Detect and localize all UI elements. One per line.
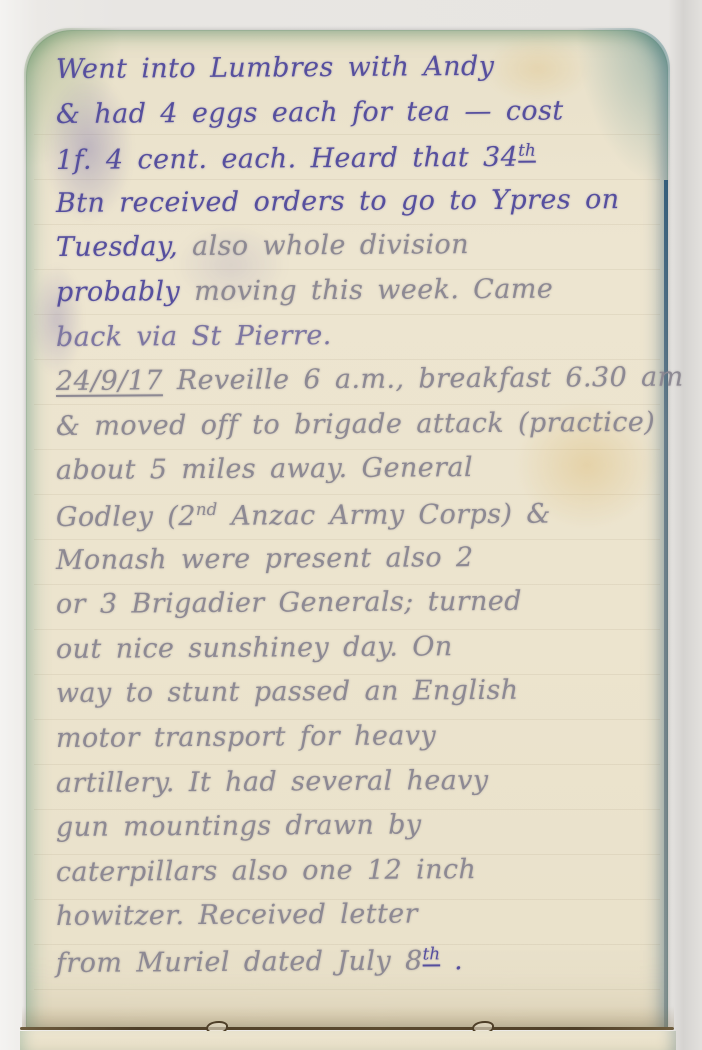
handwriting-segment: also whole division — [178, 229, 469, 262]
handwriting-segment: howitzer. Received letter — [56, 899, 418, 933]
binding-shadow — [22, 1006, 674, 1027]
handwritten-line: about 5 miles away. General — [56, 451, 658, 500]
handwriting-segment: Btn received orders to go to Ypres on — [56, 184, 620, 219]
handwritten-line: & had 4 eggs each for tea — cost — [56, 94, 658, 143]
handwriting-segment: nd — [196, 499, 218, 519]
handwritten-line: probably moving this week. Came — [56, 273, 658, 322]
handwriting-segment: 1f. 4 cent. each. Heard that 34 — [56, 142, 519, 176]
handwritten-line: 24/9/17 Reveille 6 a.m., breakfast 6.30 … — [56, 362, 658, 411]
handwriting-segment: Reveille 6 a.m., breakfast 6.30 am — [163, 362, 684, 397]
page-fore-edge — [664, 180, 668, 1028]
handwritten-line: Went into Lumbres with Andy — [56, 50, 658, 99]
handwriting-segment: 24/9/17 — [56, 365, 163, 397]
handwriting-segment: gun mountings drawn by — [56, 810, 422, 844]
handwriting-segment: way to stunt passed an English — [56, 675, 519, 709]
notebook-page: Went into Lumbres with Andy& had 4 eggs … — [26, 30, 668, 1028]
handwriting-segment: or 3 Brigadier Generals; turned — [56, 586, 522, 620]
photographed-diary-scene: Went into Lumbres with Andy& had 4 eggs … — [0, 0, 702, 1050]
handwritten-line: out nice sunshiney day. On — [56, 630, 658, 679]
handwriting-segment: out nice sunshiney day. On — [56, 631, 453, 665]
handwritten-line: artillery. It had several heavy — [56, 763, 658, 812]
page-binding-seam — [20, 1027, 674, 1030]
handwriting-segment: motor transport for heavy — [56, 720, 436, 754]
handwriting-segment: moving this week. Came — [180, 273, 553, 307]
handwriting-segment: th — [422, 943, 440, 963]
handwritten-line: Monash were present also 2 — [56, 540, 658, 589]
handwritten-line: from Muriel dated July 8th . — [56, 942, 658, 991]
handwritten-line: 1f. 4 cent. each. Heard that 34th — [56, 139, 658, 188]
handwriting-lines: Went into Lumbres with Andy& had 4 eggs … — [56, 54, 658, 990]
handwriting-segment: probably — [56, 276, 180, 308]
handwritten-line: Godley (2nd Anzac Army Corps) & — [56, 496, 658, 545]
handwriting-segment: Tuesday, — [56, 232, 178, 264]
handwritten-line: way to stunt passed an English — [56, 674, 658, 723]
handwritten-line: gun mountings drawn by — [56, 808, 658, 857]
handwriting-segment: artillery. It had several heavy — [56, 764, 489, 798]
handwriting-segment: from Muriel dated July 8 — [56, 945, 423, 979]
handwritten-line: back via St Pierre. — [56, 317, 658, 366]
handwritten-line: or 3 Brigadier Generals; turned — [56, 585, 658, 634]
next-page-edge — [20, 1031, 676, 1050]
handwriting-segment: Anzac Army Corps) & — [217, 498, 551, 531]
handwriting-segment: about 5 miles away. General — [56, 452, 473, 486]
handwriting-segment: & moved off to brigade attack (practice) — [56, 407, 655, 442]
handwritten-line: howitzer. Received letter — [56, 897, 658, 946]
handwritten-line: Btn received orders to go to Ypres on — [56, 184, 658, 233]
handwriting-segment: Godley (2 — [56, 501, 196, 533]
handwriting-segment: . — [440, 945, 463, 976]
handwritten-line: Tuesday, also whole division — [56, 228, 658, 277]
handwriting-segment: back via St Pierre. — [56, 320, 332, 353]
handwriting-segment: Monash were present also 2 — [56, 542, 474, 576]
handwritten-line: & moved off to brigade attack (practice) — [56, 407, 658, 456]
handwriting-segment: & had 4 eggs each for tea — cost — [56, 95, 564, 130]
handwriting-segment: th — [518, 140, 536, 160]
handwriting-segment: caterpillars also one 12 inch — [56, 854, 477, 888]
handwritten-line: motor transport for heavy — [56, 719, 658, 768]
handwriting-segment: Went into Lumbres with Andy — [56, 51, 495, 85]
handwritten-line: caterpillars also one 12 inch — [56, 852, 658, 901]
